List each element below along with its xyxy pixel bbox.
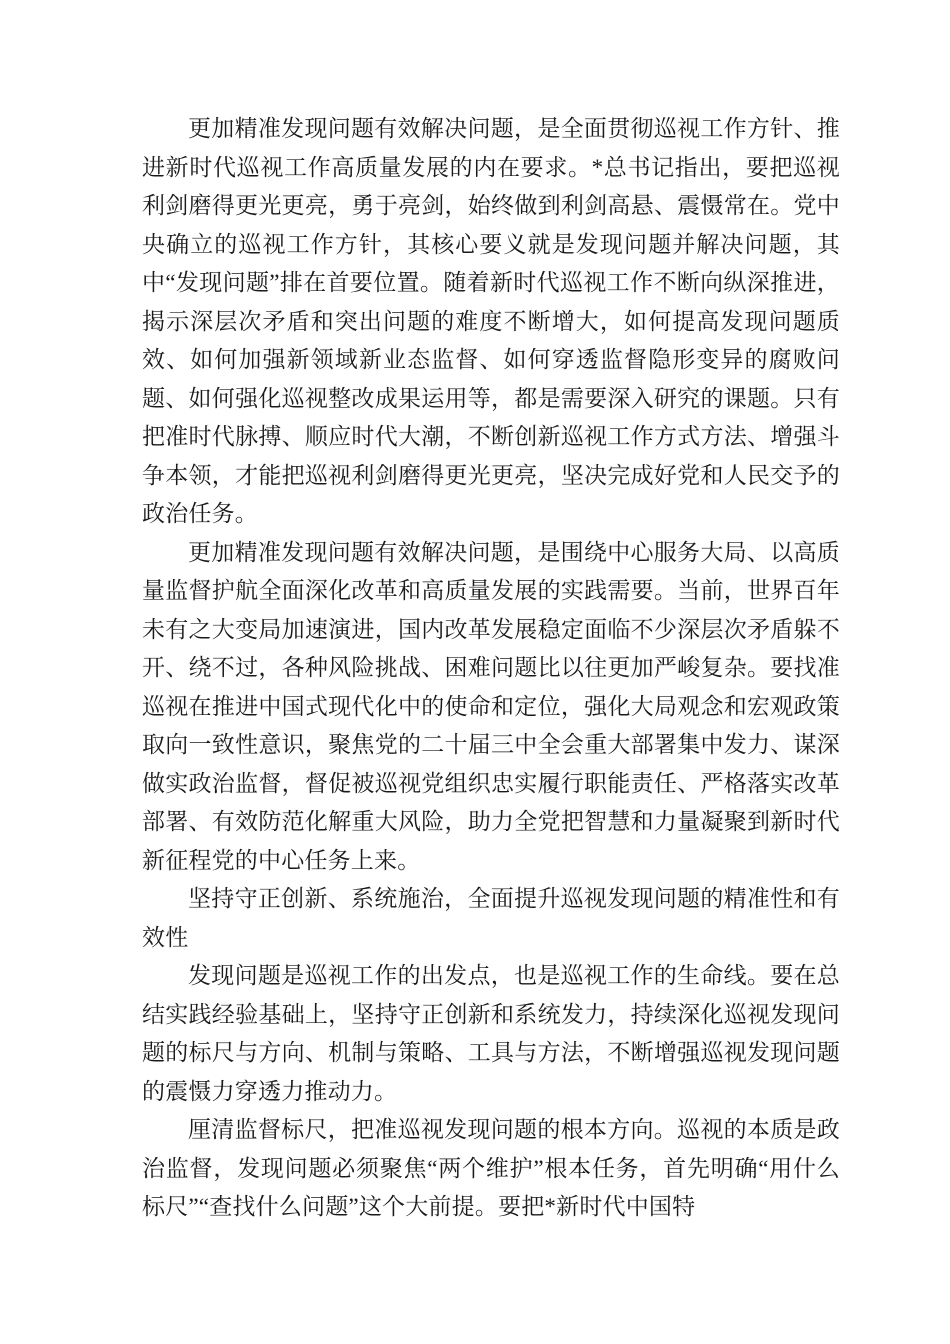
document-body: 更加精准发现问题有效解决问题，是全面贯彻巡视工作方针、推进新时代巡视工作高质量发… xyxy=(142,110,840,1227)
paragraph: 厘清监督标尺，把准巡视发现问题的根本方向。巡视的本质是政治监督，发现问题必须聚焦… xyxy=(142,1111,840,1227)
paragraph: 更加精准发现问题有效解决问题，是全面贯彻巡视工作方针、推进新时代巡视工作高质量发… xyxy=(142,110,840,534)
paragraph: 更加精准发现问题有效解决问题，是围绕中心服务大局、以高质量监督护航全面深化改革和… xyxy=(142,534,840,881)
paragraph: 坚持守正创新、系统施治，全面提升巡视发现问题的精准性和有效性 xyxy=(142,880,840,957)
document-page: 更加精准发现问题有效解决问题，是全面贯彻巡视工作方针、推进新时代巡视工作高质量发… xyxy=(0,0,950,1344)
paragraph: 发现问题是巡视工作的出发点，也是巡视工作的生命线。要在总结实践经验基础上，坚持守… xyxy=(142,957,840,1111)
